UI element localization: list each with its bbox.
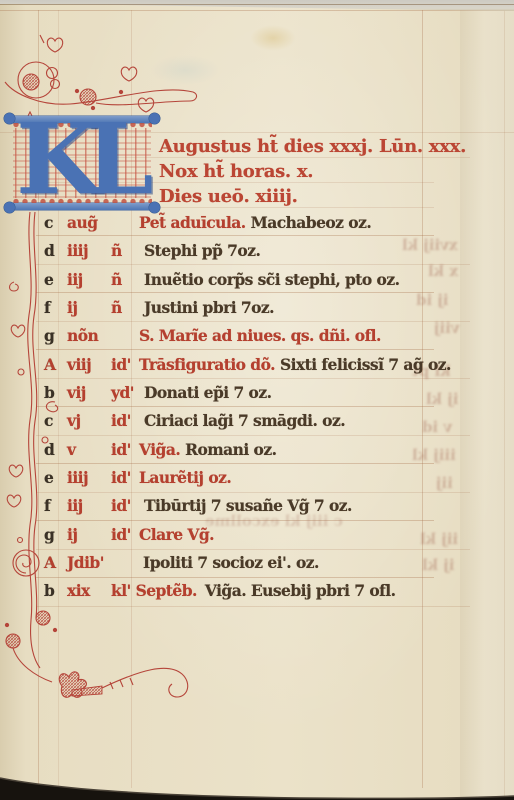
calendar-row: A viij id' Trāsfiguratio dõ. Sixti felic… xyxy=(0,355,472,374)
roman-numeral: aug̃ xyxy=(67,213,111,232)
calends-marker: ñ xyxy=(111,270,136,289)
calendar-row: e iij ñ Inuẽtio corp̃s sc̃i stephi, pto … xyxy=(0,270,472,289)
calendar-row: d v id' Vig̃a. Romani oz. xyxy=(0,440,472,459)
heading-line-3: Dies ueō. xiiij. xyxy=(159,186,298,207)
flourish-circle xyxy=(18,62,54,98)
calends-marker: id' xyxy=(111,468,136,487)
calendar-row: f iij id' Tibūrtij 7 susañe Vg̃ 7 oz. xyxy=(0,496,472,515)
feast-brown: Inuẽtio corp̃s sc̃i stephi, pto oz. xyxy=(144,270,399,289)
calendar-row: g ij id' Clare Vg̃. xyxy=(0,525,472,544)
feast-red: Vig̃a. xyxy=(139,440,180,459)
feast-brown: Vig̃a. Eusebij pbri 7 ofl. xyxy=(205,581,396,600)
calends-marker: kl' Septẽb. xyxy=(111,581,197,600)
roman-numeral: iiij xyxy=(67,241,111,260)
top-rule-line xyxy=(0,4,514,5)
calendar-row: d iiij ñ Stephi pp̃ 7oz. xyxy=(0,241,472,260)
dominical-letter: A xyxy=(44,355,67,374)
dominical-letter: b xyxy=(44,383,67,402)
manuscript-page: xviij klx klij idviijkl ptij klv idiiij … xyxy=(0,0,514,800)
calendar-row: b vij yd' Donati ep̃i 7 oz. xyxy=(0,383,472,402)
illuminated-initial-kl: KL xyxy=(8,116,156,210)
parchment-stain xyxy=(150,55,220,85)
calends-marker: id' xyxy=(111,440,136,459)
feast-brown: Romani oz. xyxy=(185,440,276,459)
heart-leaf xyxy=(121,67,136,81)
roman-numeral: ij xyxy=(67,298,111,317)
roman-numeral: ij xyxy=(67,525,111,544)
heart-leaf xyxy=(138,98,153,112)
calends-marker: id' xyxy=(111,355,136,374)
calendar-row: A Jdib' Ipoliti 7 socioz ei'. oz. xyxy=(0,553,472,572)
feast-brown: Justini pbri 7oz. xyxy=(144,298,274,317)
roman-numeral: vij xyxy=(67,383,111,402)
parchment-stain xyxy=(250,25,296,51)
adjacent-page-edge xyxy=(0,0,514,12)
calends-marker: id' xyxy=(111,496,136,515)
feast-brown: Ipoliti 7 socioz ei'. oz. xyxy=(143,553,319,572)
feast-red: Laurẽtij oz. xyxy=(139,468,231,487)
roman-numeral: iij xyxy=(67,496,111,515)
calends-marker: id' xyxy=(111,411,136,430)
roman-numeral: xix xyxy=(67,581,111,600)
feast-red: Pet̃ aduīcula. xyxy=(139,213,246,232)
feast-brown: Donati ep̃i 7 oz. xyxy=(144,383,271,402)
feast-red: Clare Vg̃. xyxy=(139,525,214,544)
roman-numeral: vj xyxy=(67,411,111,430)
dominical-letter: f xyxy=(44,496,67,515)
leaf-cluster xyxy=(59,672,86,698)
calendar-row: f ij ñ Justini pbri 7oz. xyxy=(0,298,472,317)
roman-numeral: viij xyxy=(67,355,111,374)
heading-line-1: Augustus ht̃ dies xxxj. Lūn. xxx. xyxy=(159,136,466,157)
calends-marker: id' xyxy=(111,525,136,544)
heading-line-2: Nox ht̃ horas. x. xyxy=(159,161,313,182)
dominical-letter: b xyxy=(44,581,67,600)
roman-numeral: nõn xyxy=(67,326,111,345)
calends-marker: ñ xyxy=(111,241,136,260)
calendar-row: e iiij id' Laurẽtij oz. xyxy=(0,468,472,487)
dominical-letter: e xyxy=(44,270,67,289)
roman-numeral: iiij xyxy=(67,468,111,487)
calends-marker: ñ xyxy=(111,298,136,317)
dominical-letter: g xyxy=(44,326,67,345)
feast-brown: Ciriaci lag̃i 7 smāgdi. oz. xyxy=(144,411,345,430)
roman-numeral: v xyxy=(67,440,111,459)
calends-marker: yd' xyxy=(111,383,136,402)
heart-leaf xyxy=(47,38,62,52)
feast-brown: Tibūrtij 7 susañe Vg̃ 7 oz. xyxy=(144,496,352,515)
calendar-row: c vj id' Ciriaci lag̃i 7 smāgdi. oz. xyxy=(0,411,472,430)
dominical-letter: A xyxy=(44,553,67,572)
calendar-row: b xix kl' Septẽb. Vig̃a. Eusebij pbri 7 … xyxy=(0,581,472,600)
roman-numeral: iij xyxy=(67,270,111,289)
roman-numeral: Jdib' xyxy=(67,553,125,572)
dominical-letter: c xyxy=(44,213,67,232)
dominical-letter: f xyxy=(44,298,67,317)
feast-red: Trāsfiguratio dõ. xyxy=(139,355,275,374)
calendar-row: c aug̃ Pet̃ aduīcula. Machabeoz oz. xyxy=(0,213,472,232)
feast-brown: Machabeoz oz. xyxy=(251,213,372,232)
calendar-row: g nõn S. Marĩe ad niues. qs. dñi. ofl. xyxy=(0,326,472,345)
feast-red: S. Marĩe ad niues. qs. dñi. ofl. xyxy=(139,326,381,345)
dominical-letter: e xyxy=(44,468,67,487)
dominical-letter: d xyxy=(44,440,67,459)
dominical-letter: c xyxy=(44,411,67,430)
initial-letters: KL xyxy=(16,102,139,216)
feast-brown: Sixti felicissĩ 7 ag̃ oz. xyxy=(280,355,451,374)
dominical-letter: g xyxy=(44,525,67,544)
dominical-letter: d xyxy=(44,241,67,260)
feast-brown: Stephi pp̃ 7oz. xyxy=(144,241,260,260)
